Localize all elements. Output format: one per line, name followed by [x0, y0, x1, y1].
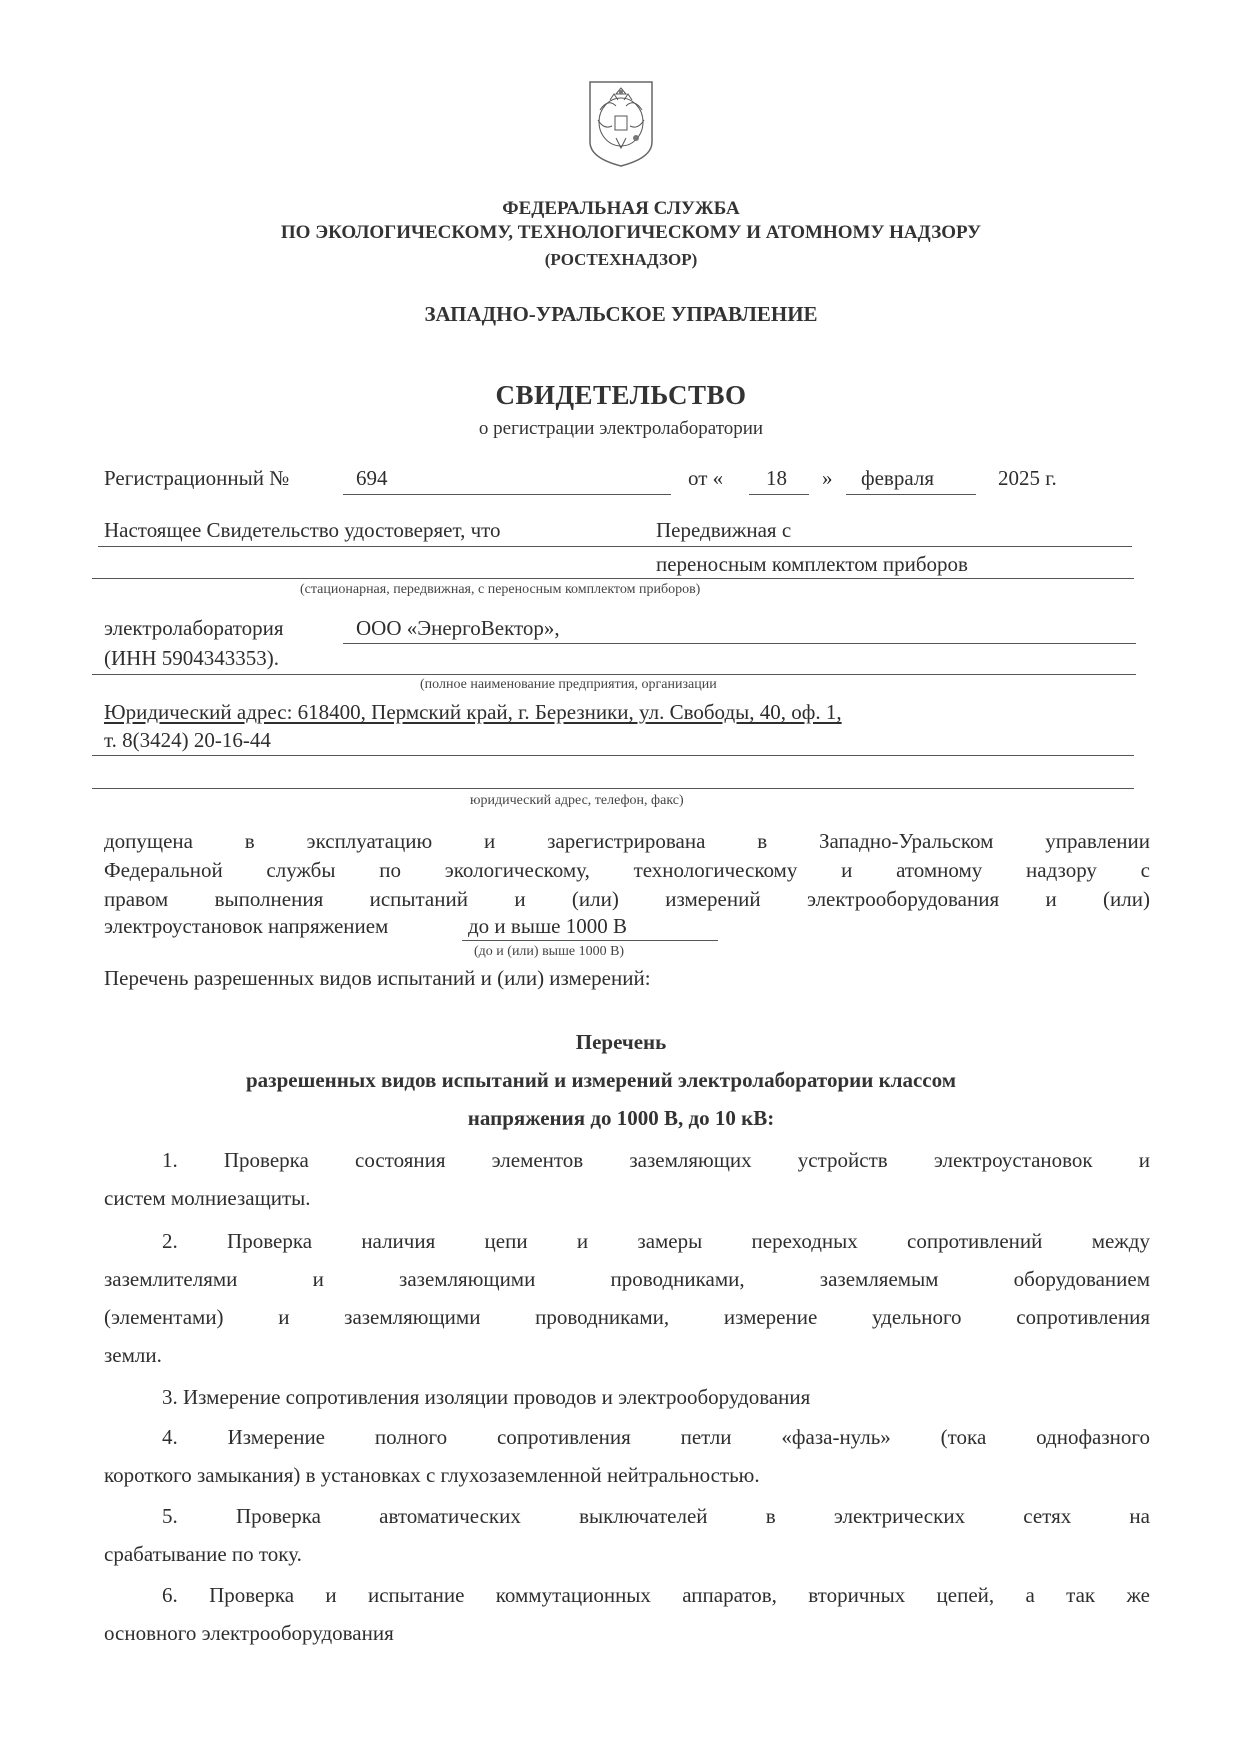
org-name: ООО «ЭнергоВектор», [356, 616, 560, 641]
department-name: ЗАПАДНО-УРАЛЬСКОЕ УПРАВЛЕНИЕ [0, 302, 1242, 327]
list-title: Перечень [0, 1030, 1242, 1055]
list-item-4: 4. Измерение полного сопротивления петли… [104, 1418, 1150, 1494]
underline [92, 674, 1136, 675]
agency-name-line1: ФЕДЕРАЛЬНАЯ СЛУЖБА [0, 198, 1242, 220]
list-item-6: 6. Проверка и испытание коммутационных а… [104, 1576, 1150, 1652]
agency-abbr: (РОСТЕХНАДЗОР) [0, 250, 1242, 270]
list-item-2: 2. Проверка наличия цепи и замеры перехо… [104, 1222, 1150, 1374]
agency-name-line2: ПО ЭКОЛОГИЧЕСКОМУ, ТЕХНОЛОГИЧЕСКОМУ И АТ… [10, 222, 1242, 244]
certificate-title: СВИДЕТЕЛЬСТВО [0, 380, 1242, 411]
list-item-line: земли. [104, 1336, 1150, 1374]
certificate-subtitle: о регистрации электролаборатории [0, 418, 1242, 440]
reg-number: 694 [356, 466, 388, 491]
org-inn: (ИНН 5904343353). [104, 646, 279, 671]
underline [98, 546, 1132, 547]
date-day-close: » [822, 466, 833, 491]
list-item-line: заземлителями и заземляющими проводникам… [104, 1260, 1150, 1298]
lab-label: электролаборатория [104, 616, 284, 641]
admission-line: Федеральной службы по экологическому, те… [104, 856, 1150, 884]
admission-line: правом выполнения испытаний и (или) изме… [104, 884, 1150, 914]
list-item-line: систем молниезащиты. [104, 1179, 1150, 1217]
list-item-line: 3. Измерение сопротивления изоляции пров… [104, 1378, 1150, 1416]
list-item-1: 1. Проверка состояния элементов заземляю… [104, 1141, 1150, 1217]
admission-paragraph: допущена в эксплуатацию и зарегистрирова… [104, 826, 1150, 914]
voltage-hint: (до и (или) выше 1000 В) [474, 944, 624, 960]
date-month-underline [846, 494, 976, 495]
certifies-label: Настоящее Свидетельство удостоверяет, чт… [104, 518, 501, 543]
list-item-line: 5. Проверка автоматических выключателей … [104, 1497, 1150, 1535]
date-month: февраля [861, 466, 934, 491]
lab-type-line1: Передвижная с [656, 518, 791, 543]
reg-label: Регистрационный № [104, 466, 289, 491]
voltage-underline [462, 940, 718, 941]
list-item-line: 4. Измерение полного сопротивления петли… [104, 1418, 1150, 1456]
underline [92, 788, 1134, 789]
list-item-line: короткого замыкания) в установках с глух… [104, 1456, 1150, 1494]
underline [343, 643, 1136, 644]
voltage-label: электроустановок напряжением [104, 914, 388, 939]
list-item-line: 2. Проверка наличия цепи и замеры перехо… [104, 1222, 1150, 1260]
list-item-5: 5. Проверка автоматических выключателей … [104, 1497, 1150, 1573]
list-item-line: 1. Проверка состояния элементов заземляю… [104, 1141, 1150, 1179]
address-hint: юридический адрес, телефон, факс) [470, 793, 684, 809]
date-year: 2025 г. [998, 466, 1057, 491]
list-subtitle-2: напряжения до 1000 В, до 10 кВ: [0, 1106, 1242, 1131]
list-item-line: основного электрооборудования [104, 1614, 1150, 1652]
list-intro: Перечень разрешенных видов испытаний и (… [104, 966, 651, 991]
date-from-label: от « [688, 466, 723, 491]
list-subtitle: разрешенных видов испытаний и измерений … [0, 1068, 1222, 1093]
lab-type-line2: переносным комплектом приборов [656, 552, 968, 577]
list-item-line: 6. Проверка и испытание коммутационных а… [104, 1576, 1150, 1614]
lab-type-hint: (стационарная, передвижная, с переносным… [300, 582, 700, 598]
date-day-underline [749, 494, 809, 495]
list-item-line: срабатывание по току. [104, 1535, 1150, 1573]
address-line2: т. 8(3424) 20-16-44 [104, 728, 271, 753]
coat-of-arms-icon [588, 80, 654, 168]
underline [92, 578, 1134, 579]
address-line1: Юридический адрес: 618400, Пермский край… [104, 700, 842, 725]
underline [92, 755, 1134, 756]
voltage-value: до и выше 1000 В [468, 914, 627, 939]
reg-number-underline [343, 494, 671, 495]
list-item-3: 3. Измерение сопротивления изоляции пров… [104, 1378, 1150, 1416]
list-item-line: (элементами) и заземляющими проводниками… [104, 1298, 1150, 1336]
org-hint: (полное наименование предприятия, органи… [420, 677, 717, 693]
date-day: 18 [766, 466, 787, 491]
admission-line: допущена в эксплуатацию и зарегистрирова… [104, 826, 1150, 856]
